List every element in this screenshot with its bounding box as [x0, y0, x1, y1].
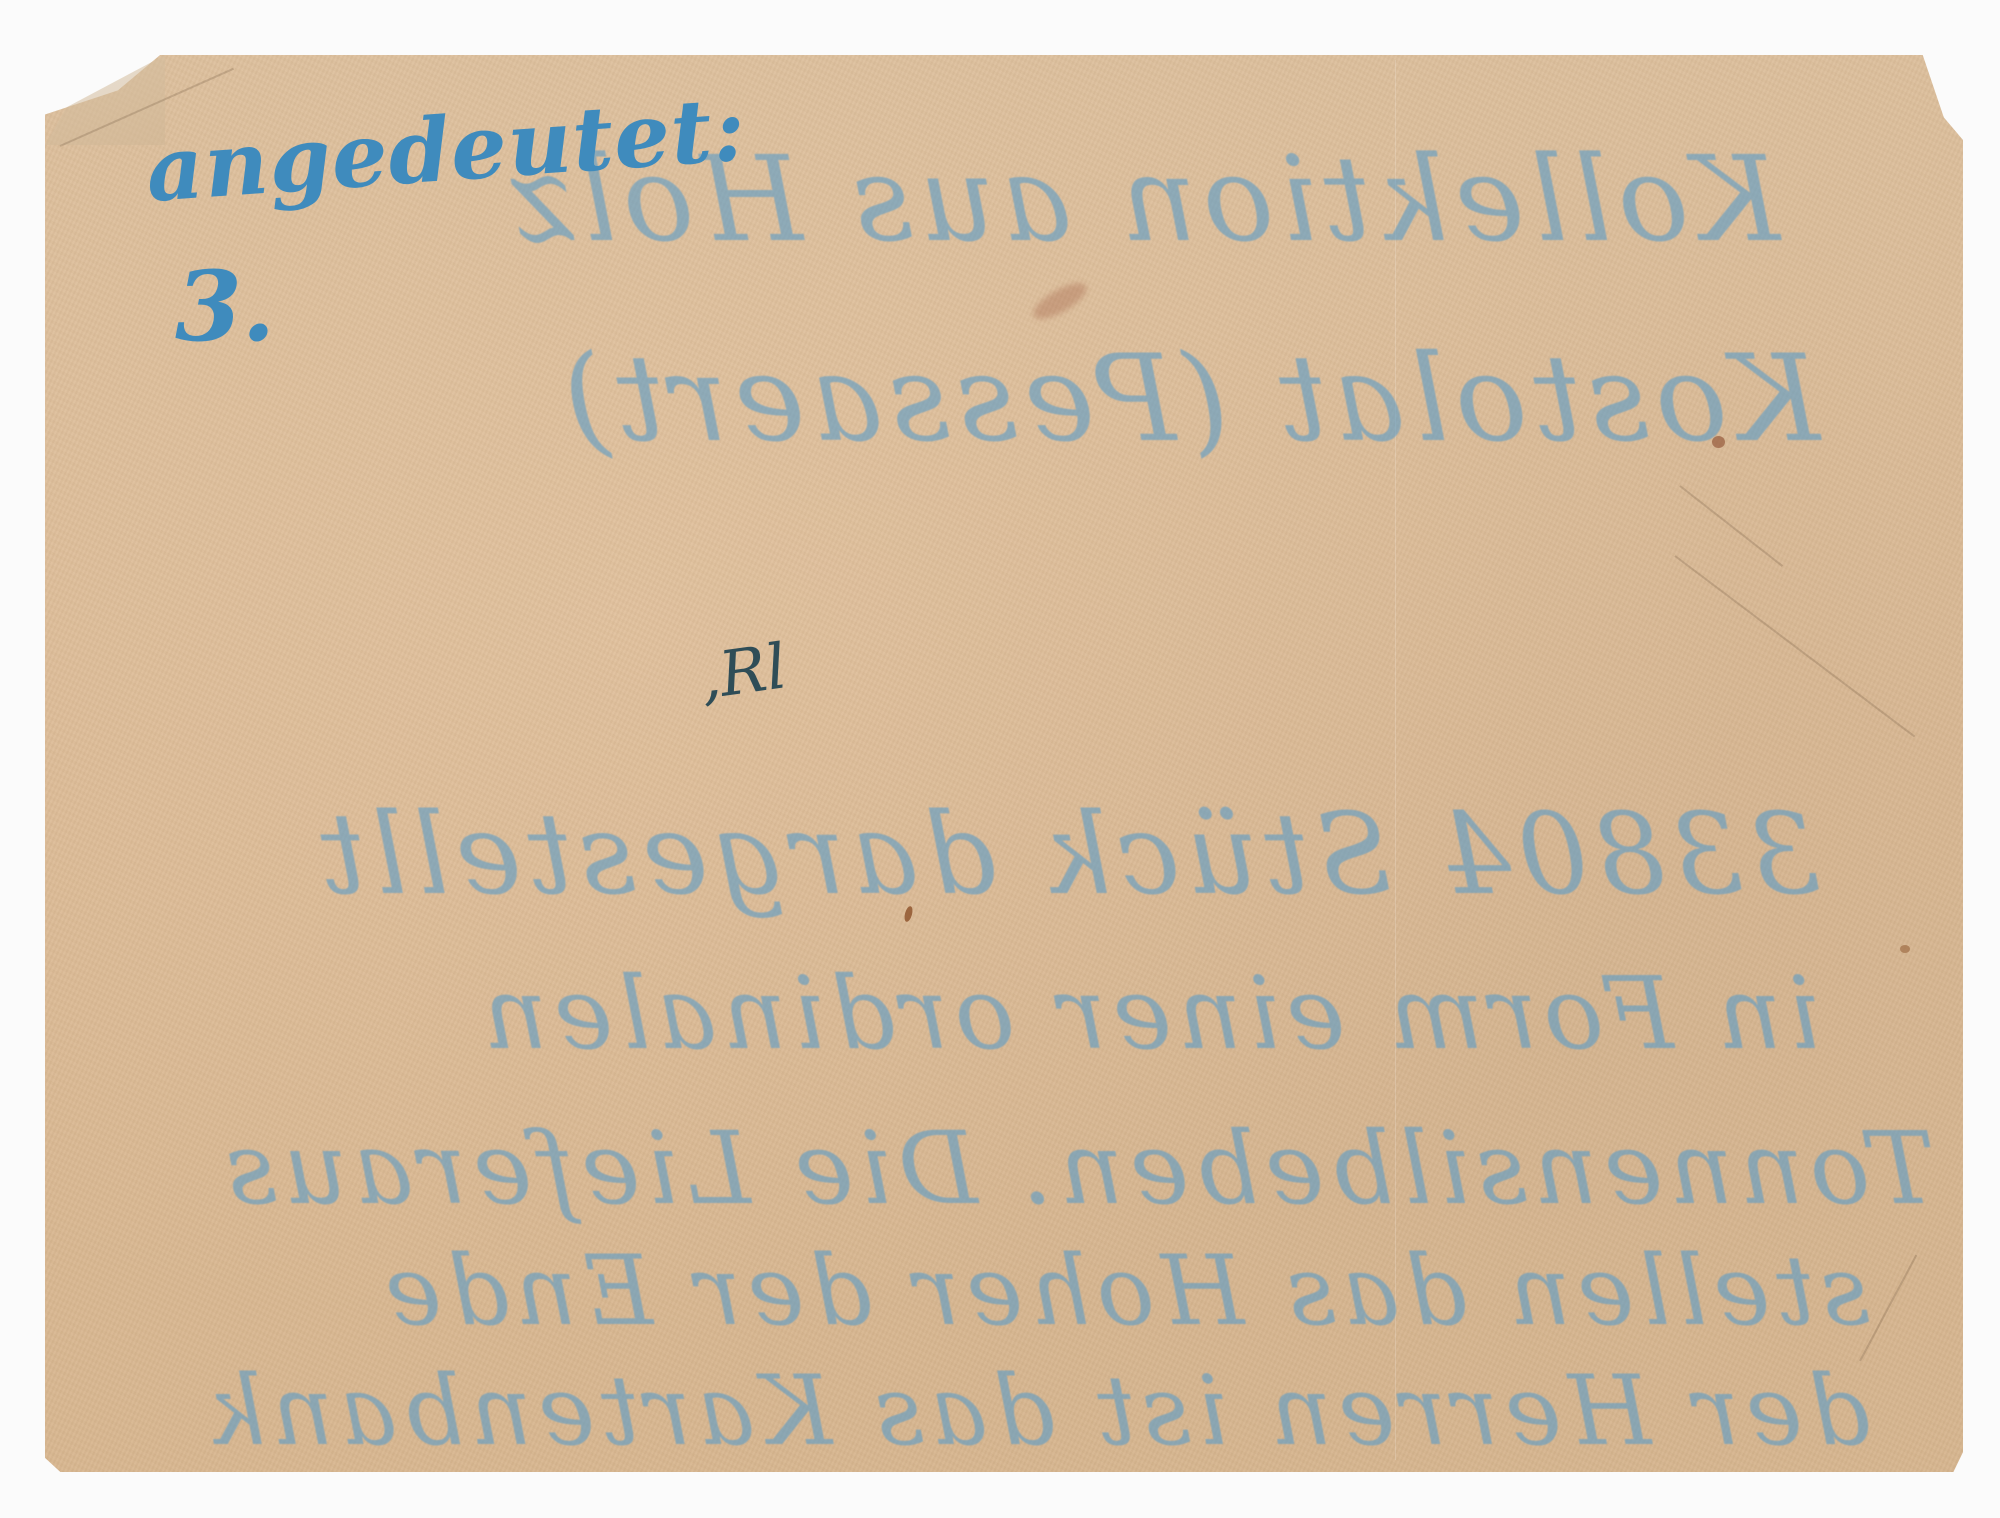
bleed-through-line-2: Kostolat (Pessaert)	[140, 330, 1820, 469]
bleed-through-line-3: 33804 Stück dargestellt	[140, 790, 1820, 920]
bleed-through-line-6: stellen das Hoher der Ende	[120, 1235, 1870, 1347]
bleed-through-line-7: der Herren ist das Kartenbank	[120, 1355, 1870, 1467]
bleed-through-line-4: in Form einer ordinalen	[220, 955, 1820, 1072]
bleed-through-line-5: Tonnensilbeben. Die Lieferaus	[45, 1110, 1935, 1227]
annotation-number: 3.	[175, 250, 275, 363]
stain-mark	[1900, 945, 1910, 953]
initial-mark: ,Rl	[695, 629, 791, 713]
